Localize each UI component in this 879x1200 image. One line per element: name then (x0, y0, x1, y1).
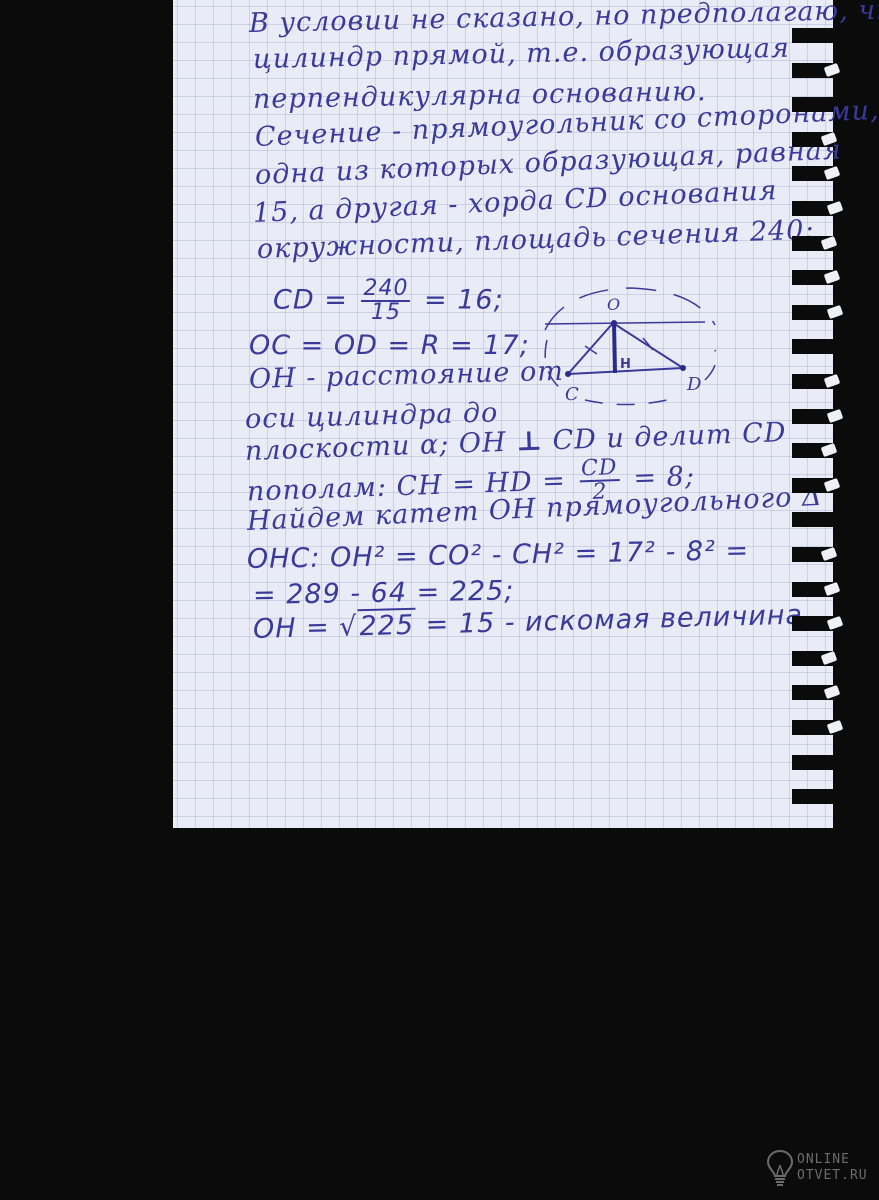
watermark: ONLINE OTVET.RU (765, 1148, 875, 1188)
label-o: O (607, 295, 620, 314)
cd-label: CD = (273, 285, 348, 316)
equation-cd: CD = 240 15 = 16; (273, 278, 504, 324)
result-radicand: 225 (357, 608, 416, 643)
watermark-line-1: ONLINE (797, 1152, 868, 1168)
text-line-2: цилиндр прямой, т.е. образующая (253, 33, 790, 75)
lightbulb-icon (765, 1148, 795, 1188)
text-oh-def-1: OH - расстояние от (249, 356, 565, 395)
segment-oc (568, 323, 613, 374)
segment-oh (614, 323, 615, 373)
label-d: D (686, 374, 702, 395)
half-numerator: CD (579, 457, 620, 482)
equation-calc: = 289 - 64 = 225; (253, 575, 515, 611)
watermark-line-2: OTVET.RU (797, 1168, 868, 1184)
cd-result: = 16; (424, 285, 504, 316)
watermark-text: ONLINE OTVET.RU (797, 1152, 868, 1184)
cylinder-section-diagram: O C D H (535, 270, 725, 420)
result-prefix: OH = (253, 612, 340, 645)
point-d (680, 365, 686, 371)
label-c: C (565, 384, 579, 405)
cd-fraction: 240 15 (361, 278, 410, 324)
axis-line (545, 322, 705, 324)
notebook-page: В условии не сказано, но предполагаю, чт… (173, 0, 833, 828)
perpendicular-symbol: ⊥ (516, 426, 544, 458)
equation-pythagoras: OHC: OH² = CO² - CH² = 17² - 8² = (247, 535, 750, 575)
equation-radius: OC = OD = R = 17; (249, 330, 530, 361)
point-c (565, 371, 571, 377)
text-oh-def-3b: CD и делит CD (552, 417, 787, 456)
point-o (611, 320, 617, 326)
sqrt-symbol: √ (339, 611, 358, 642)
label-h: H (620, 357, 631, 372)
cd-denominator: 15 (361, 302, 410, 324)
cd-numerator: 240 (361, 278, 410, 302)
